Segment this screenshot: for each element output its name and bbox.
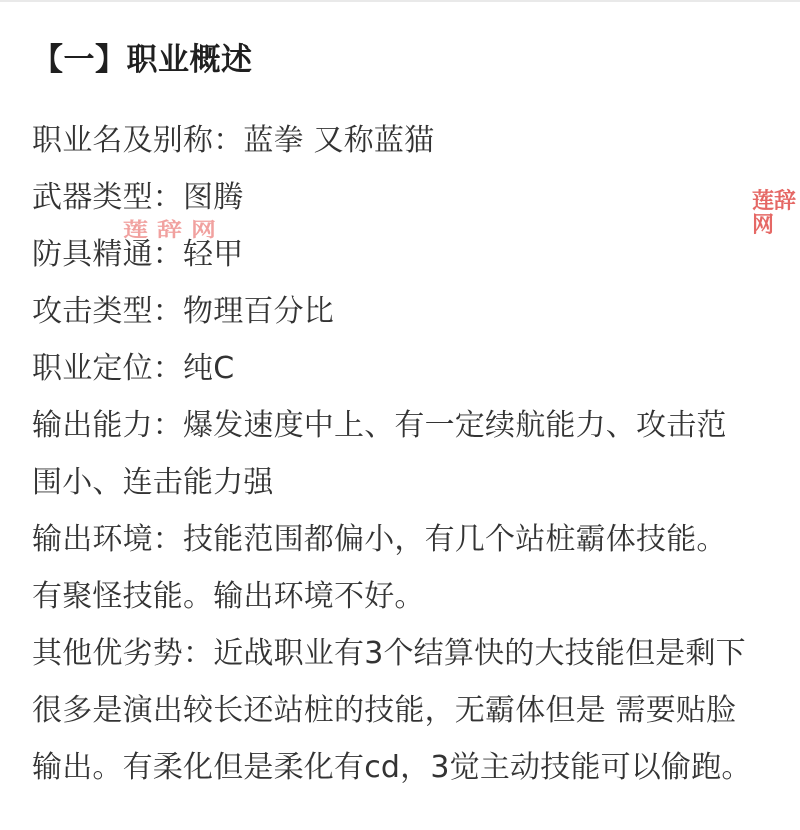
article-body: 职业名及别称：蓝拳 又称蓝猫 武器类型：图腾 防具精通：轻甲 攻击类型：物理百分…	[32, 112, 772, 796]
article-page: 莲辞网 莲辞网 【一】职业概述 职业名及别称：蓝拳 又称蓝猫 武器类型：图腾 防…	[0, 0, 800, 830]
paragraph-class-name: 职业名及别称：蓝拳 又称蓝猫	[32, 112, 772, 169]
paragraph-weapon-type: 武器类型：图腾	[32, 169, 772, 226]
paragraph-class-role: 职业定位：纯C	[32, 340, 772, 397]
paragraph-attack-type: 攻击类型：物理百分比	[32, 283, 772, 340]
article-content: 【一】职业概述 职业名及别称：蓝拳 又称蓝猫 武器类型：图腾 防具精通：轻甲 攻…	[32, 0, 772, 796]
paragraph-output-environment: 输出环境：技能范围都偏小，有几个站桩霸体技能。 有聚怪技能。输出环境不好。	[32, 511, 772, 625]
paragraph-other-pros-cons: 其他优劣势：近战职业有3个结算快的大技能但是剩下 很多是演出较长还站桩的技能，无…	[32, 625, 772, 796]
paragraph-armor-mastery: 防具精通：轻甲	[32, 226, 772, 283]
section-heading: 【一】职业概述	[32, 38, 772, 82]
paragraph-output-ability: 输出能力：爆发速度中上、有一定续航能力、攻击范 围小、连击能力强	[32, 397, 772, 511]
